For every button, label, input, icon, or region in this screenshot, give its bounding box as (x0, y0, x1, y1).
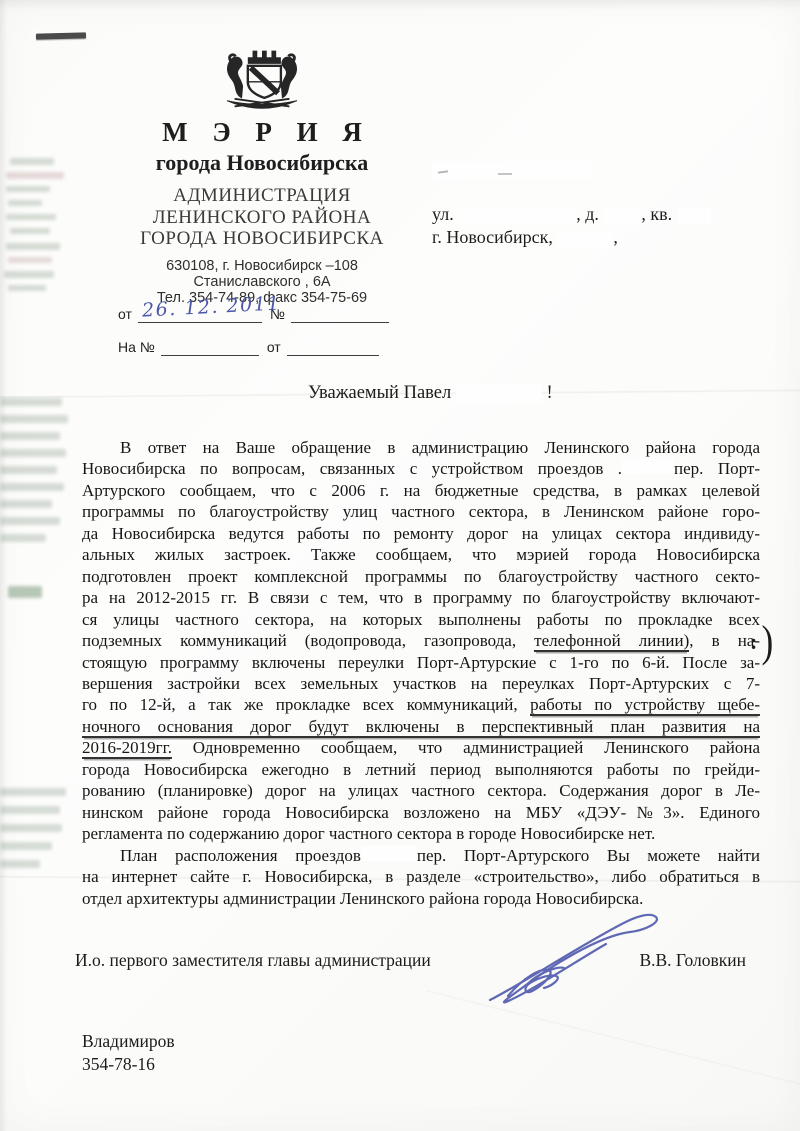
body-segment: рованию (планировке) дорог на улицах час… (82, 781, 760, 800)
redacted-gap (622, 459, 674, 474)
body-line: на интернет сайте г. Новосибирска, в раз… (82, 866, 760, 887)
bleed-through-artifact (6, 186, 50, 192)
org-caps-line: АДМИНИСТРАЦИЯ (97, 185, 427, 207)
from-label: от (267, 339, 281, 356)
body-line: Новосибирска по вопросам, связанных с ус… (82, 458, 760, 479)
bleed-through-artifact (0, 517, 60, 525)
bleed-through-artifact (8, 285, 46, 291)
margin-annotation: : ) (750, 616, 775, 667)
body-segment: программы по благоустройству улиц частно… (82, 502, 760, 521)
body-line: 2016-2019гг. Одновременно сообщаем, что … (82, 737, 760, 758)
body-segment: отдел архитектуры администрации Ленинско… (82, 889, 643, 908)
margin-colon: : (750, 629, 757, 655)
bleed-through-artifact (10, 228, 50, 234)
bleed-through-artifact (0, 466, 57, 474)
body-segment: В ответ на Ваше обращение в администраци… (120, 438, 760, 457)
pen-underlined-text: работы по устройству щебе- (530, 695, 760, 716)
date-blank-line: 26. 12. 2011 (138, 304, 262, 323)
reference-block: от 26. 12. 2011 № На № от (118, 297, 418, 363)
bleed-through-artifact (6, 243, 60, 250)
bleed-through-artifact (0, 500, 52, 508)
body-segment: пер. Порт-Артурского Вы можете найти (417, 846, 760, 865)
bleed-through-artifact (6, 214, 56, 220)
body-line: альных жилых застроек. Также сообщаем, ч… (82, 544, 760, 565)
bleed-through-artifact (0, 788, 66, 796)
letterhead: М Э Р И Я города Новосибирска АДМИНИСТРА… (97, 44, 427, 306)
city-label: г. Новосибирск, (432, 227, 553, 247)
bleed-through-artifact (0, 860, 40, 868)
org-caps-line: ГОРОДА НОВОСИБИРСКА (97, 228, 427, 250)
on-number-label: На № (118, 339, 155, 356)
body-line: стоящую программу включены переулки Порт… (82, 652, 760, 673)
bleed-through-artifact (0, 432, 60, 440)
scan-artifact-dash (36, 32, 86, 39)
incoming-date-blank-line (287, 337, 379, 356)
body-segment: ра на 2012-2015 гг. В связи с тем, что в… (82, 588, 760, 607)
paper-crease (426, 989, 800, 1094)
street-label: ул. (432, 204, 454, 224)
incoming-number-blank-line (161, 337, 259, 356)
bleed-through-artifact (10, 158, 54, 165)
body-line: го по 12-й, а так же прокладке всех комм… (82, 694, 760, 715)
redacted-zip (557, 230, 613, 248)
body-segment: Одновременно сообщаем, что администрацие… (172, 738, 760, 757)
body-line: План расположения проездовпер. Порт-Арту… (82, 845, 760, 866)
body-segment: План расположения проездов (120, 846, 361, 865)
signer-position: И.о. первого заместителя главы администр… (75, 950, 431, 971)
number-blank-line (291, 304, 389, 323)
body-segment: ся улицы частного сектора, на которых вы… (82, 610, 760, 629)
pen-underlined-text: телефонной линии) (534, 631, 689, 652)
body-segment: Новосибирска по вопросам, связанных с ус… (82, 459, 622, 478)
bleed-through-artifact (0, 824, 62, 832)
salutation-punctuation: ! (546, 383, 552, 403)
signature-row: И.о. первого заместителя главы администр… (75, 950, 746, 971)
body-line: программы по благоустройству улиц частно… (82, 501, 760, 522)
bleed-through-artifact (0, 449, 66, 457)
body-segment: подготовлен проект комплексной программы… (82, 567, 760, 586)
body-line: ся улицы частного сектора, на которых вы… (82, 609, 760, 630)
bleed-through-artifact (0, 398, 62, 406)
redacted-gap (361, 845, 417, 860)
body-segment: подземных коммуникаций (водопровода, газ… (82, 631, 534, 650)
body-paragraph: План расположения проездовпер. Порт-Арту… (82, 845, 760, 909)
body-line: нинском районе города Новосибирска возло… (82, 802, 760, 823)
org-street-address: Станиславского , 6А (97, 274, 427, 290)
scan-edge-shadow (0, 0, 7, 1131)
body-segment: стоящую программу включены переулки Порт… (82, 653, 760, 672)
body-line: ночного основания дорог будут включены в… (82, 716, 760, 737)
incoming-ref-line: На № от (118, 330, 418, 356)
body-segment: вершения застройки всех земельных участк… (82, 674, 760, 693)
redacted-patronymic (456, 385, 542, 404)
body-segment: регламента по содержанию дорог частного … (82, 824, 655, 843)
body-segment: да Новосибирска ведутся работы по ремонт… (82, 524, 760, 543)
salutation: Уважаемый Павел ! (308, 383, 553, 404)
body-segment: го по 12-й, а так же прокладке всех комм… (82, 695, 530, 714)
signer-name: В.В. Головкин (639, 950, 746, 971)
body-line: да Новосибирска ведутся работы по ремонт… (82, 523, 760, 544)
handwritten-date: 26. 12. 2011 (141, 292, 281, 321)
body-line: В ответ на Ваше обращение в администраци… (82, 437, 760, 458)
letter-body: В ответ на Ваше обращение в администраци… (82, 437, 760, 909)
redacted-house (603, 207, 641, 225)
recipient-city-line: г. Новосибирск, , (432, 226, 772, 249)
pen-underlined-text: ночного основания дорог будут включены в… (82, 717, 760, 738)
body-line: подземных коммуникаций (водопровода, газ… (82, 630, 760, 651)
salutation-greeting: Уважаемый Павел (308, 383, 451, 403)
body-paragraph: В ответ на Ваше обращение в администраци… (82, 437, 760, 845)
body-line: подготовлен проект комплексной программы… (82, 566, 760, 587)
bleed-through-artifact (8, 257, 52, 263)
body-segment: пер. Порт- (674, 459, 760, 478)
bleed-through-artifact (6, 172, 64, 179)
trailing-comma: , (613, 227, 618, 247)
body-line: отдел архитектуры администрации Ленинско… (82, 888, 760, 909)
scan-edge-shadow-top (0, 0, 800, 10)
bleed-through-artifact (4, 271, 54, 278)
redacted-recipient-name (432, 162, 592, 179)
body-line: ра на 2012-2015 гг. В связи с тем, что в… (82, 587, 760, 608)
from-label: от (118, 306, 132, 323)
body-line: города Новосибирска ежегодно в летний пе… (82, 759, 760, 780)
org-caps-line: ЛЕНИНСКОГО РАЙОНА (97, 207, 427, 229)
executor-name: Владимиров (82, 1030, 175, 1053)
body-line: Артурского сообщаем, что с 2006 г. на бю… (82, 480, 760, 501)
body-segment: Артурского сообщаем, что с 2006 г. на бю… (82, 481, 760, 500)
executor-phone: 354-78-16 (82, 1053, 175, 1076)
body-line: вершения застройки всех земельных участк… (82, 673, 760, 694)
redacted-flat (677, 207, 711, 225)
scanned-letter-page: М Э Р И Я города Новосибирска АДМИНИСТРА… (0, 0, 800, 1131)
org-postal-address: 630108, г. Новосибирск –108 (97, 258, 427, 274)
body-segment: нинском районе города Новосибирска возло… (82, 803, 760, 822)
flat-label: , кв. (641, 204, 672, 224)
body-line: регламента по содержанию дорог частного … (82, 823, 760, 844)
body-segment: на интернет сайте г. Новосибирска, в раз… (82, 867, 760, 886)
org-name-city: города Новосибирска (97, 150, 427, 176)
bleed-through-artifact (0, 534, 46, 542)
bleed-through-artifact (8, 586, 42, 598)
recipient-street-line: ул. , д. , кв. (432, 203, 772, 226)
margin-bracket: ) (762, 616, 774, 667)
executor-block: Владимиров 354-78-16 (82, 1030, 175, 1076)
body-segment: альных жилых застроек. Также сообщаем, ч… (82, 545, 760, 564)
org-name-meria: М Э Р И Я (97, 117, 427, 148)
recipient-block: ул. , д. , кв. г. Новосибирск, , (432, 162, 772, 249)
bleed-through-artifact (0, 806, 60, 814)
bleed-through-artifact (8, 200, 42, 206)
body-segment: города Новосибирска ежегодно в летний пе… (82, 760, 760, 779)
org-department: АДМИНИСТРАЦИЯ ЛЕНИНСКОГО РАЙОНА ГОРОДА Н… (97, 185, 427, 250)
bleed-through-artifact (0, 483, 64, 491)
novosibirsk-coat-of-arms-icon (210, 44, 314, 114)
outgoing-ref-line: от 26. 12. 2011 № (118, 297, 418, 323)
bleed-through-artifact (0, 415, 68, 423)
pen-underlined-text: 2016-2019гг. (82, 738, 172, 759)
bleed-through-artifact (0, 842, 52, 850)
body-line: рованию (планировке) дорог на улицах час… (82, 780, 760, 801)
redacted-street (458, 207, 576, 225)
house-label: , д. (576, 204, 599, 224)
